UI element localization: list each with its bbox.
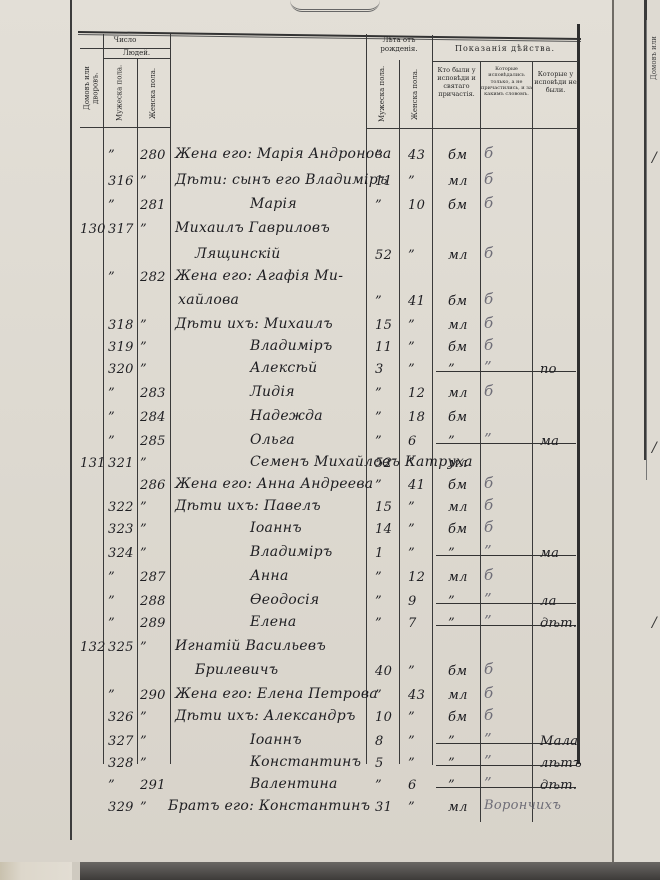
pencil-mark: ” [484, 752, 492, 770]
female-number: 291 [140, 778, 166, 793]
confessed-mark: ” [448, 778, 455, 793]
age-male: 3 [375, 362, 384, 377]
person-name: Братъ его: Константинъ [168, 798, 370, 814]
confessed-mark: мл [448, 688, 468, 703]
age-female: ” [408, 734, 415, 749]
male-number: ” [108, 778, 115, 793]
age-female: ” [408, 710, 415, 725]
pencil-mark: б [484, 144, 493, 162]
person-name: Жена его: Елена Петрова [175, 686, 378, 702]
confessed-mark: мл [448, 570, 468, 585]
age-female: 12 [408, 570, 425, 585]
male-number: 322 [108, 500, 134, 515]
female-number: ” [140, 362, 147, 377]
age-male: 14 [375, 522, 392, 537]
male-number: ” [108, 434, 115, 449]
female-number: ” [140, 522, 147, 537]
header-number: Число [80, 36, 170, 45]
pencil-mark: ” [484, 358, 492, 376]
person-name: Семенъ Михайловъ Катруха [250, 454, 473, 470]
age-female: ” [408, 174, 415, 189]
pencil-mark: ” [484, 430, 492, 448]
female-number: ” [140, 640, 147, 655]
adjacent-mark: / [652, 440, 657, 456]
pencil-mark: б [484, 170, 493, 188]
pencil-mark: б [484, 660, 493, 678]
age-male: 15 [375, 318, 392, 333]
age-male: ” [375, 616, 382, 631]
age-female: 6 [408, 434, 417, 449]
person-name: Лящинскій [195, 246, 281, 262]
age-female: ” [408, 664, 415, 679]
person-name: Ольга [250, 432, 295, 448]
person-name: Анна [250, 568, 289, 584]
person-name: Алексѣй [250, 360, 317, 376]
person-name: Дѣти ихъ: Павелъ [175, 498, 321, 514]
male-number: 321 [108, 456, 134, 471]
female-number: ” [140, 734, 147, 749]
age-female: ” [408, 340, 415, 355]
pencil-mark: б [484, 382, 493, 400]
female-number: ” [140, 546, 147, 561]
header-households: Домовъ или дворовъ. [80, 50, 103, 126]
person-name: Дѣти ихъ: Михаилъ [175, 316, 333, 332]
person-name: Лидія [250, 384, 295, 400]
person-name: Іоаннъ [250, 732, 302, 748]
person-name: Жена его: Агафія Ми- [175, 268, 343, 284]
male-number: ” [108, 270, 115, 285]
male-number: ” [108, 410, 115, 425]
note-text: ма [540, 434, 559, 449]
age-male: ” [375, 294, 382, 309]
age-male: ” [375, 594, 382, 609]
pencil-mark: б [484, 314, 493, 332]
pencil-note: Ворончихъ [484, 798, 561, 813]
age-male: 52 [375, 248, 392, 263]
pencil-mark: ” [484, 774, 492, 792]
age-female: 12 [408, 386, 425, 401]
female-number: ” [140, 340, 147, 355]
person-name: Марія [250, 196, 297, 212]
age-male: ” [375, 434, 382, 449]
person-name: Владиміръ [250, 338, 333, 354]
age-male: 1 [375, 546, 384, 561]
confessed-mark: бм [448, 710, 467, 725]
left-border-rule [70, 0, 72, 840]
confessed-mark: мл [448, 248, 468, 263]
male-number: 326 [108, 710, 134, 725]
age-male: ” [375, 478, 382, 493]
confessed-mark: бм [448, 148, 467, 163]
pencil-mark: ” [484, 542, 492, 560]
female-number: ” [140, 710, 147, 725]
confessed-mark: мл [448, 500, 468, 515]
person-name: Жена его: Анна Андреева [175, 476, 373, 492]
age-female: 7 [408, 616, 417, 631]
register-page [0, 0, 612, 862]
female-number: 284 [140, 410, 166, 425]
age-female: 9 [408, 594, 417, 609]
confessed-mark: бм [448, 522, 467, 537]
header-confessed: Кто были у исповѣди и святаго причастія. [433, 66, 480, 99]
age-female: ” [408, 456, 415, 471]
person-name: Надежда [250, 408, 323, 424]
right-border-rule [577, 24, 580, 764]
confessed-mark: мл [448, 386, 468, 401]
note-text: дѣт. [540, 778, 577, 793]
pencil-mark: б [484, 566, 493, 584]
age-female: ” [408, 500, 415, 515]
age-male: 10 [375, 710, 392, 725]
age-female: 41 [408, 294, 425, 309]
confessed-mark: бм [448, 198, 467, 213]
household-number: 130 [80, 222, 106, 237]
person-name: Игнатій Васильевъ [175, 638, 326, 654]
pencil-mark: б [484, 336, 493, 354]
female-number: ” [140, 174, 147, 189]
age-female: 41 [408, 478, 425, 493]
female-number: ” [140, 800, 147, 815]
age-male: 15 [375, 500, 392, 515]
female-number: ” [140, 318, 147, 333]
male-number: 323 [108, 522, 134, 537]
age-female: ” [408, 248, 415, 263]
male-number: ” [108, 594, 115, 609]
confessed-mark: ” [448, 734, 455, 749]
pencil-mark: ” [484, 590, 492, 608]
confessed-mark: ” [448, 756, 455, 771]
female-number: ” [140, 500, 147, 515]
note-text: ма [540, 546, 559, 561]
header-age-female: Женска пола. [399, 62, 432, 126]
header-male: Мужеска пола. [103, 60, 137, 126]
person-name: Валентина [250, 776, 338, 792]
male-number: ” [108, 386, 115, 401]
confessed-mark: ” [448, 546, 455, 561]
male-number: ” [108, 616, 115, 631]
female-number: ” [140, 222, 147, 237]
male-number: ” [108, 688, 115, 703]
female-number: 280 [140, 148, 166, 163]
person-name: Елена [250, 614, 297, 630]
age-male: 8 [375, 734, 384, 749]
age-female: ” [408, 756, 415, 771]
male-number: 329 [108, 800, 134, 815]
female-number: ” [140, 756, 147, 771]
pencil-mark: б [484, 684, 493, 702]
female-number: 289 [140, 616, 166, 631]
person-name: Өеодосія [250, 592, 319, 608]
table-surface-shadow [80, 862, 660, 880]
confessed-mark: бм [448, 340, 467, 355]
person-name: хайлова [178, 292, 239, 308]
printed-emblem [290, 0, 380, 12]
female-number: 282 [140, 270, 166, 285]
person-name: Дѣти: сынъ его Владиміръ [175, 172, 388, 188]
header-not-confessed: Которые у исповѣди не были. [533, 70, 578, 94]
confessed-mark: ” [448, 362, 455, 377]
male-number: 318 [108, 318, 134, 333]
male-number: 316 [108, 174, 134, 189]
confessed-mark: ” [448, 616, 455, 631]
header-age: Лѣта отъ рожденія. [366, 36, 432, 54]
confessed-mark: мл [448, 318, 468, 333]
age-male: ” [375, 688, 382, 703]
male-number: ” [108, 198, 115, 213]
note-text: лѣтъ [540, 756, 582, 771]
header-people: Людей. [103, 49, 170, 58]
pencil-mark: б [484, 290, 493, 308]
female-number: ” [140, 456, 147, 471]
male-number: 319 [108, 340, 134, 355]
age-male: ” [375, 386, 382, 401]
adjacent-mark: / [652, 150, 657, 166]
header-confessed-only: Которые исповѣдались только, а не причас… [481, 66, 532, 97]
person-name: Владиміръ [250, 544, 333, 560]
person-name: Михаилъ Гавриловъ [175, 220, 330, 236]
male-number: 324 [108, 546, 134, 561]
male-number: ” [108, 148, 115, 163]
age-female: 43 [408, 148, 425, 163]
age-male: 11 [375, 340, 392, 355]
age-male: 52 [375, 456, 392, 471]
confessed-mark: мл [448, 174, 468, 189]
male-number: 325 [108, 640, 134, 655]
age-female: ” [408, 362, 415, 377]
age-male: 40 [375, 664, 392, 679]
confessed-mark: мл [448, 456, 468, 471]
age-male: 5 [375, 756, 384, 771]
female-number: 290 [140, 688, 166, 703]
person-name: Брилевичъ [195, 662, 278, 678]
header-female: Женска пола. [137, 60, 170, 126]
male-number: ” [108, 570, 115, 585]
age-female: 43 [408, 688, 425, 703]
age-female: ” [408, 318, 415, 333]
age-female: ” [408, 800, 415, 815]
pencil-mark: б [484, 244, 493, 262]
male-number: 320 [108, 362, 134, 377]
confessed-mark: бм [448, 294, 467, 309]
pencil-mark: б [484, 474, 493, 492]
confessed-mark: ” [448, 594, 455, 609]
household-number: 131 [80, 456, 106, 471]
male-number: 327 [108, 734, 134, 749]
person-name: Жена его: Марія Андронова [175, 146, 392, 162]
age-female: 10 [408, 198, 425, 213]
age-female: 18 [408, 410, 425, 425]
female-number: 288 [140, 594, 166, 609]
pencil-mark: б [484, 194, 493, 212]
age-male: ” [375, 410, 382, 425]
age-male: ” [375, 198, 382, 213]
note-text: Мала [540, 734, 578, 749]
confessed-mark: мл [448, 800, 468, 815]
confessed-mark: бм [448, 410, 467, 425]
pencil-mark: б [484, 706, 493, 724]
female-number: 286 [140, 478, 166, 493]
age-male: 11 [375, 174, 392, 189]
female-number: 285 [140, 434, 166, 449]
adjacent-mark: / [652, 615, 657, 631]
age-female: 6 [408, 778, 417, 793]
person-name: Іоаннъ [250, 520, 302, 536]
female-number: 287 [140, 570, 166, 585]
person-name: Константинъ [250, 754, 361, 770]
header-age-male: Мужеска пола. [366, 62, 399, 126]
pencil-mark: ” [484, 612, 492, 630]
male-number: 317 [108, 222, 134, 237]
female-number: 283 [140, 386, 166, 401]
female-number: 281 [140, 198, 166, 213]
pencil-mark: б [484, 518, 493, 536]
header-actions: Показанія дѣйства. [432, 44, 578, 54]
age-male: ” [375, 570, 382, 585]
pencil-mark: ” [484, 730, 492, 748]
confessed-mark: ” [448, 434, 455, 449]
note-text: ла [540, 594, 557, 609]
male-number: 328 [108, 756, 134, 771]
note-text: дѣт. [540, 616, 577, 631]
household-number: 132 [80, 640, 106, 655]
age-male: ” [375, 148, 382, 163]
note-text: по [540, 362, 557, 377]
person-name: Дѣти ихъ: Александръ [175, 708, 356, 724]
age-female: ” [408, 522, 415, 537]
confessed-mark: бм [448, 664, 467, 679]
confessed-mark: бм [448, 478, 467, 493]
adjacent-page: Домовъ или / / / [612, 0, 660, 880]
age-male: ” [375, 778, 382, 793]
age-female: ” [408, 546, 415, 561]
age-male: 31 [375, 800, 392, 815]
adjacent-header-fragment: Домовъ или [650, 30, 660, 80]
pencil-mark: б [484, 496, 493, 514]
